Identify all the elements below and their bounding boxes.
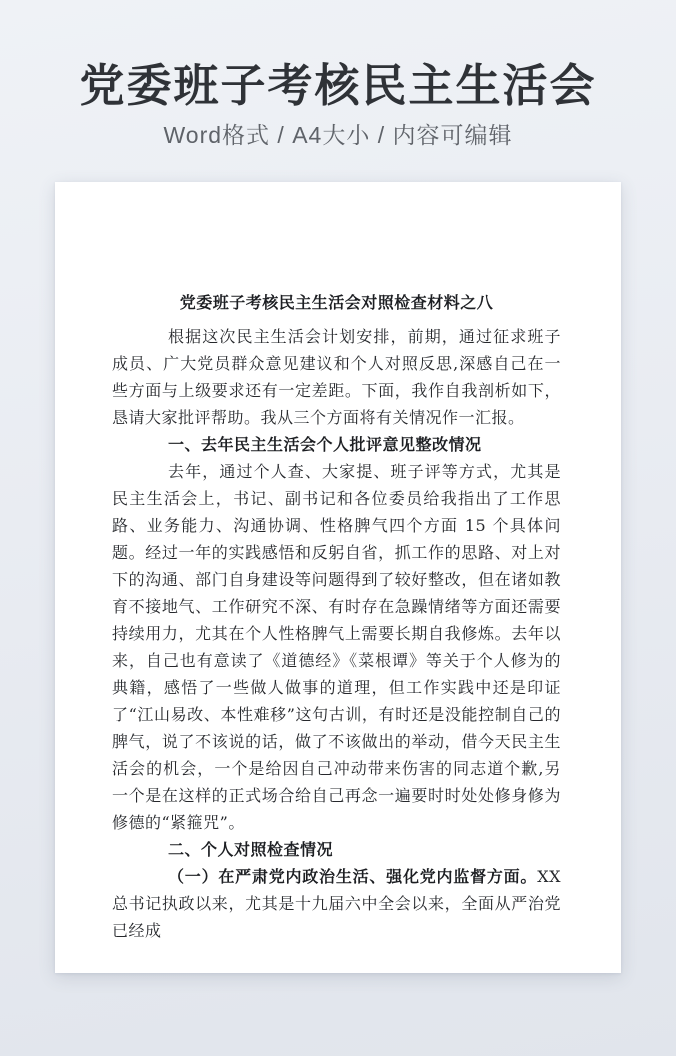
page-subtitle: Word格式 / A4大小 / 内容可编辑 xyxy=(0,121,676,149)
page-background: { "header": { "title": "党委班子考核民主生活会", "s… xyxy=(0,0,676,1056)
paragraph-section-2: （一）在严肃党内政治生活、强化党内监督方面。XX 总书记执政以来，尤其是十九届六… xyxy=(112,863,561,944)
document-title: 党委班子考核民主生活会对照检查材料之八 xyxy=(112,288,561,318)
paragraph-intro: 根据这次民主生活会计划安排，前期，通过征求班子成员、广大党员群众意见建议和个人对… xyxy=(112,323,561,431)
paragraph-section-1: 去年，通过个人查、大家提、班子评等方式，尤其是民主生活会上，书记、副书记和各位委… xyxy=(112,458,561,836)
header: 党委班子考核民主生活会 Word格式 / A4大小 / 内容可编辑 xyxy=(0,0,676,149)
section-heading-1: 一、去年民主生活会个人批评意见整改情况 xyxy=(112,431,561,458)
paragraph-section-2-lead: （一）在严肃党内政治生活、强化党内监督方面。 xyxy=(168,867,537,886)
section-heading-2: 二、个人对照检查情况 xyxy=(112,836,561,863)
document-page-preview: 党委班子考核民主生活会对照检查材料之八 根据这次民主生活会计划安排，前期，通过征… xyxy=(55,182,621,973)
page-title: 党委班子考核民主生活会 xyxy=(0,60,676,112)
